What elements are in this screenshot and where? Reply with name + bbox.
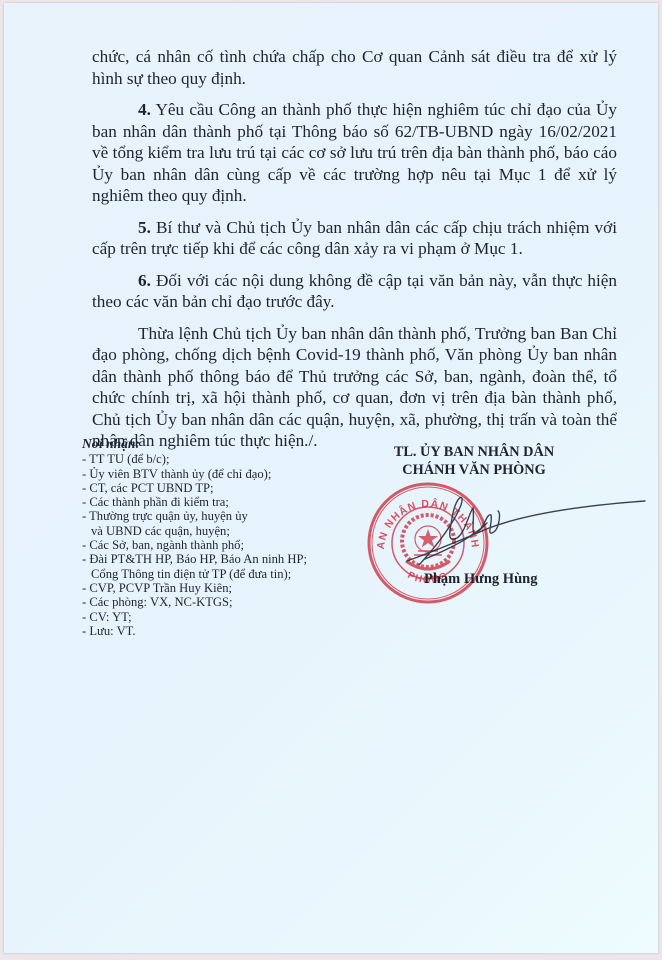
paragraph-number: 4.: [138, 100, 151, 119]
recipient-item: - Các Sở, ban, ngành thành phố;: [82, 538, 362, 552]
signature-icon: [399, 483, 649, 573]
recipient-item: - Thường trực quận ủy, huyện ủy: [82, 509, 362, 523]
recipient-item: - Các thành phần đi kiểm tra;: [82, 495, 362, 509]
document-body: chức, cá nhân cố tình chứa chấp cho Cơ q…: [92, 46, 617, 452]
signer-authority: TL. ỦY BAN NHÂN DÂN: [379, 443, 569, 461]
recipient-item: - CT, các PCT UBND TP;: [82, 481, 362, 495]
paragraph-number: 6.: [138, 271, 151, 290]
paragraph-text: Bí thư và Chủ tịch Ủy ban nhân dân các c…: [92, 218, 617, 259]
paragraph-item-6: 6. Đối với các nội dung không đề cập tại…: [92, 270, 617, 313]
paragraph-text: Yêu cầu Công an thành phố thực hiện nghi…: [92, 100, 617, 205]
recipient-item: - Các phòng: VX, NC-KTGS;: [82, 595, 362, 609]
paragraph-item-4: 4. Yêu cầu Công an thành phố thực hiện n…: [92, 99, 617, 207]
paragraph-text: Thừa lệnh Chủ tịch Ủy ban nhân dân thành…: [92, 324, 617, 451]
recipients-title: Nơi nhận:: [82, 437, 362, 451]
recipient-item: - CV: YT;: [82, 610, 362, 624]
signer-title: CHÁNH VĂN PHÒNG: [379, 461, 569, 479]
paragraph-item-5: 5. Bí thư và Chủ tịch Ủy ban nhân dân cá…: [92, 217, 617, 260]
paragraph-closing: Thừa lệnh Chủ tịch Ủy ban nhân dân thành…: [92, 323, 617, 452]
signer-name: Phạm Hưng Hùng: [424, 571, 537, 588]
paragraph-continued: chức, cá nhân cố tình chứa chấp cho Cơ q…: [92, 46, 617, 89]
recipient-item: - TT TU (để b/c);: [82, 452, 362, 466]
recipient-item: - Đài PT&TH HP, Báo HP, Báo An ninh HP;: [82, 552, 362, 566]
recipients-list: Nơi nhận: - TT TU (để b/c);- Ủy viên BTV…: [82, 437, 362, 638]
document-page: chức, cá nhân cố tình chứa chấp cho Cơ q…: [4, 3, 658, 953]
signer-block: TL. ỦY BAN NHÂN DÂN CHÁNH VĂN PHÒNG: [379, 443, 569, 479]
paragraph-text: chức, cá nhân cố tình chứa chấp cho Cơ q…: [92, 47, 617, 88]
svg-text:ỦY BAN NHÂN DÂN THÀNH PHỐ: ỦY BAN NHÂN DÂN THÀNH PHỐ: [366, 481, 481, 553]
recipient-item: - CVP, PCVP Trần Huy Kiên;: [82, 581, 362, 595]
paragraph-text: Đối với các nội dung không đề cập tại vă…: [92, 271, 617, 312]
recipient-item: - Ủy viên BTV thành ủy (để chỉ đạo);: [82, 467, 362, 481]
recipient-item: và UBND các quận, huyện;: [82, 524, 362, 538]
recipient-item: Cổng Thông tin điện tử TP (để đưa tin);: [82, 567, 362, 581]
recipient-item: - Lưu: VT.: [82, 624, 362, 638]
paragraph-number: 5.: [138, 218, 151, 237]
